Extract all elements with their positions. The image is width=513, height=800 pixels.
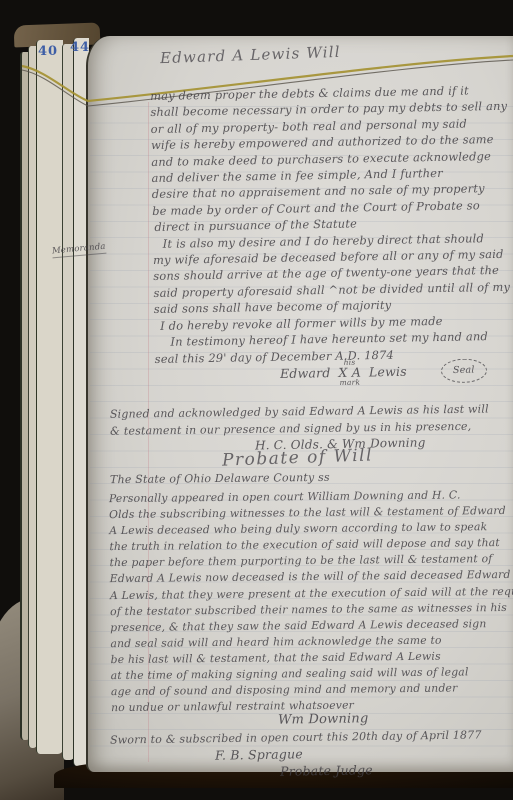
judge-signature: F. B. Sprague bbox=[215, 746, 303, 763]
witness-signature: Wm Downing bbox=[278, 711, 369, 728]
judge-title: Probate Judge bbox=[280, 762, 373, 779]
seal-stamp: Seal bbox=[441, 358, 487, 383]
underpage-number: 40 bbox=[38, 44, 58, 59]
attestation-block: Signed and acknowledged by said Edward A… bbox=[110, 401, 510, 440]
testator-signature: Edward his X A mark Lewis Seal bbox=[280, 356, 510, 388]
seal-label: Seal bbox=[453, 365, 475, 376]
page-edge-strip bbox=[36, 40, 63, 754]
page-number: 44 bbox=[70, 40, 90, 55]
signature-last-name: Lewis bbox=[369, 364, 407, 380]
his-mark: his X A mark bbox=[338, 359, 361, 387]
venue-line: The State of Ohio Delaware County ss bbox=[110, 471, 330, 486]
signature-first-name: Edward bbox=[280, 365, 331, 381]
mark-label-bottom: mark bbox=[340, 379, 361, 387]
probate-text-block: Personally appeared in open court Willia… bbox=[109, 487, 513, 717]
will-text-block: may deem proper the debts & claims due m… bbox=[150, 82, 513, 367]
